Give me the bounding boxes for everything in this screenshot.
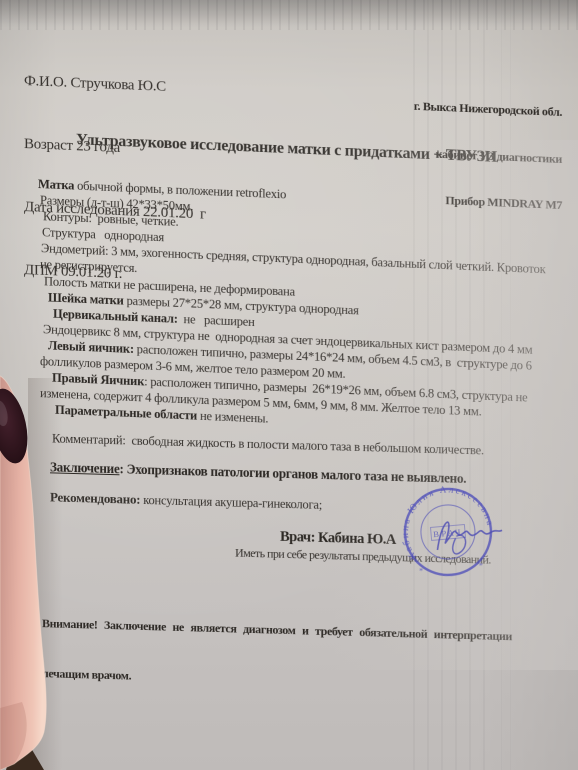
photographed-ultrasound-report: Ф.И.О. Стручкова Ю.С Возраст 23 года Дат…	[0, 0, 578, 770]
stamp-star-right: *	[479, 561, 484, 570]
report-line-text: не расширен	[178, 312, 255, 329]
doctor-stamp: Кабина Юлия Алексеевна ВРАЧ * *	[388, 472, 531, 591]
report-line-label: Шейка матки	[48, 290, 124, 307]
stamp-star-left: *	[419, 566, 424, 575]
clinic-location-line: г. Выкса Нижегородской обл.	[300, 94, 562, 120]
holding-thumb	[0, 372, 96, 770]
warning-line-1: Внимание! Заключение не является диагноз…	[42, 615, 512, 645]
comment-text: свободная жидкость в полости малого таза…	[126, 433, 484, 457]
top-shadow-band	[0, 0, 578, 30]
patient-fio-line: Ф.И.О. Стручкова Ю.С	[24, 71, 206, 100]
report-line-text: не изменены.	[197, 409, 268, 426]
thumb-nail	[0, 385, 34, 466]
warning-block: Внимание! Заключение не является диагноз…	[38, 582, 512, 727]
warning-line-2: лечащим врачом.	[42, 665, 512, 695]
report-line-label: Матка	[38, 177, 74, 193]
recommended-text: консультация акушера-гинеколога;	[140, 493, 322, 512]
report-body: Матка обычной формы, в положении retrofl…	[38, 176, 546, 439]
